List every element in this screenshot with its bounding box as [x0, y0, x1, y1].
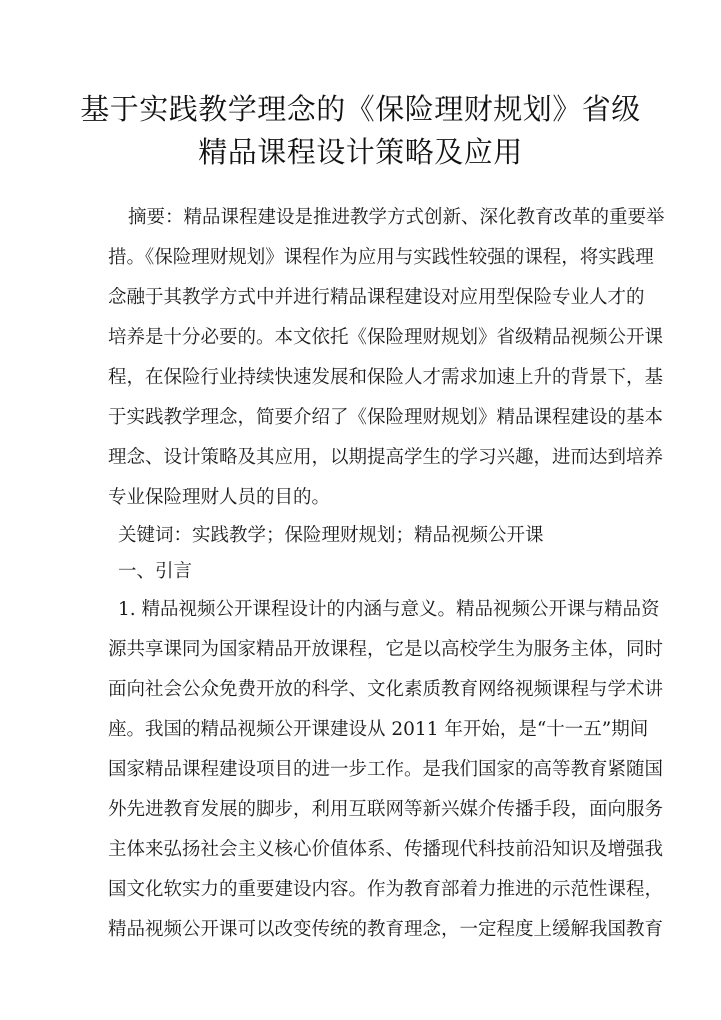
body-line: 外先进教育发展的脚步，利用互联网等新兴媒介传播手段，面向服务 — [108, 798, 614, 822]
body-line: 面向社会公众免费开放的科学、文化素质教育网络视频课程与学术讲 — [108, 678, 614, 702]
section-heading: 一、引言 — [118, 560, 614, 584]
abstract-line: 培养是十分必要的。本文依托《保险理财规划》省级精品视频公开课 — [108, 326, 614, 350]
abstract-line: 专业保险理财人员的目的。 — [108, 486, 614, 510]
document-title-line-1: 基于实践教学理念的《保险理财规划》省级 — [0, 87, 721, 131]
body-line: 精品视频公开课可以改变传统的教育理念，一定程度上缓解我国教育 — [108, 918, 614, 942]
keywords-line: 关键词：实践教学；保险理财规划；精品视频公开课 — [118, 524, 614, 548]
body-line: 1. 精品视频公开课程设计的内涵与意义。精品视频公开课与精品资 — [118, 598, 614, 622]
abstract-line: 措。《保险理财规划》课程作为应用与实践性较强的课程，将实践理 — [108, 246, 614, 270]
body-line: 座。我国的精品视频公开课建设从 2011 年开始，是“十一五”期间 — [108, 718, 614, 742]
body-line: 源共享课同为国家精品开放课程，它是以高校学生为服务主体，同时 — [108, 638, 614, 662]
abstract-line: 理念、设计策略及其应用，以期提高学生的学习兴趣，进而达到培养 — [108, 446, 614, 470]
abstract-line: 摘要：精品课程建设是推进教学方式创新、深化教育改革的重要举 — [128, 206, 614, 230]
document-title-line-2: 精品课程设计策略及应用 — [0, 130, 721, 174]
body-line: 国文化软实力的重要建设内容。作为教育部着力推进的示范性课程， — [108, 878, 614, 902]
abstract-line: 程，在保险行业持续快速发展和保险人才需求加速上升的背景下，基 — [108, 366, 614, 390]
abstract-line: 于实践教学理念，简要介绍了《保险理财规划》精品课程建设的基本 — [108, 406, 614, 430]
document-page: 基于实践教学理念的《保险理财规划》省级 精品课程设计策略及应用 摘要：精品课程建… — [0, 0, 721, 1020]
body-line: 主体来弘扬社会主义核心价值体系、传播现代科技前沿知识及增强我 — [108, 838, 614, 862]
abstract-line: 念融于其教学方式中并进行精品课程建设对应用型保险专业人才的 — [108, 286, 614, 310]
body-line: 国家精品课程建设项目的进一步工作。是我们国家的高等教育紧随国 — [108, 758, 614, 782]
